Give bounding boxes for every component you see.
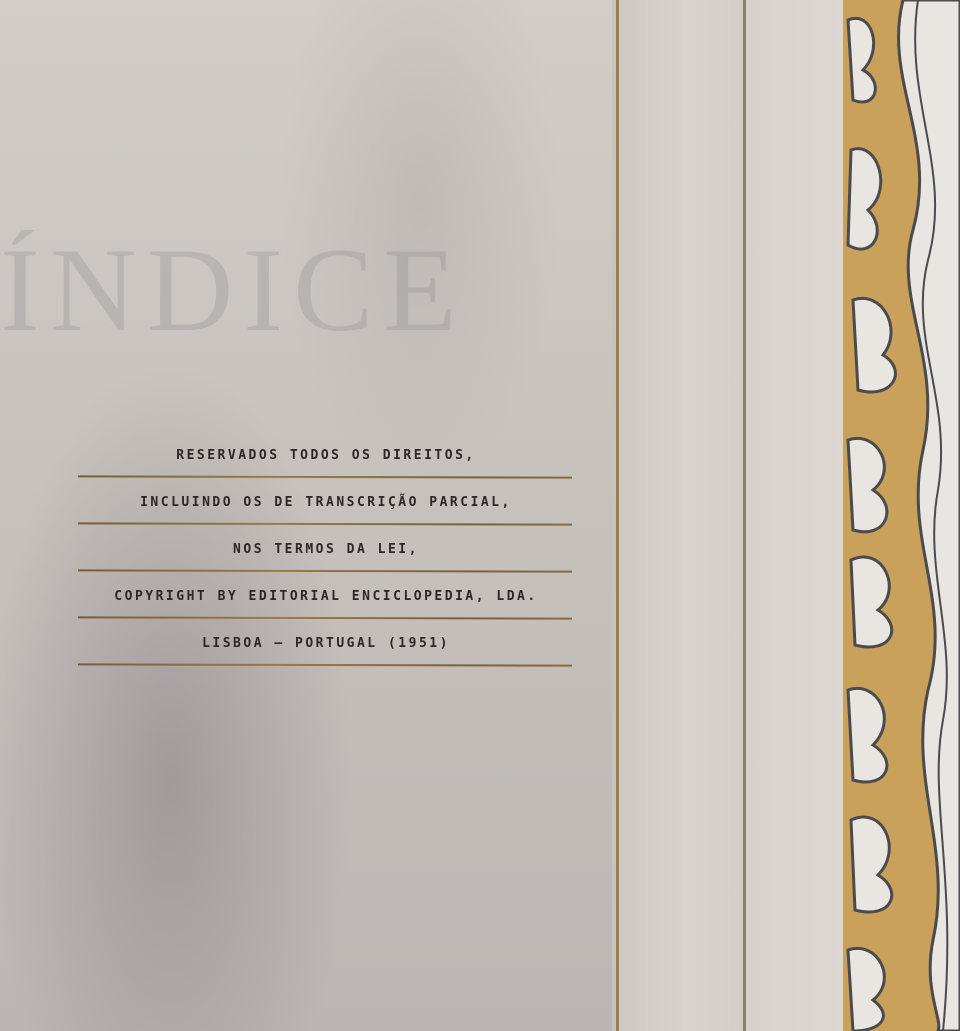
facing-page-margin (746, 0, 844, 1031)
colophon-line-law: NOS TERMOS DA LEI, (76, 538, 576, 562)
colophon-line-rights: RESERVADOS TODOS OS DIREITOS, (76, 444, 576, 468)
acanthus-ornament-border (843, 0, 960, 1031)
gold-rule (78, 475, 572, 478)
left-page: ÍNDICE RESERVADOS TODOS OS DIREITOS, INC… (0, 0, 612, 1031)
gold-rule (78, 522, 572, 525)
gold-rule (78, 663, 572, 666)
page-gutter-strip (619, 0, 743, 1031)
colophon-line-copyright: COPYRIGHT BY EDITORIAL ENCICLOPEDIA, LDA… (76, 585, 576, 609)
colophon-line-transcription: INCLUINDO OS DE TRANSCRIÇÃO PARCIAL, (76, 491, 576, 515)
gold-rule (78, 616, 572, 619)
acanthus-ornament-icon (843, 0, 960, 1031)
colophon-line-place-year: LISBOA — PORTUGAL (1951) (76, 632, 576, 656)
copyright-colophon: RESERVADOS TODOS OS DIREITOS, INCLUINDO … (76, 444, 576, 679)
gold-rule (78, 569, 572, 572)
